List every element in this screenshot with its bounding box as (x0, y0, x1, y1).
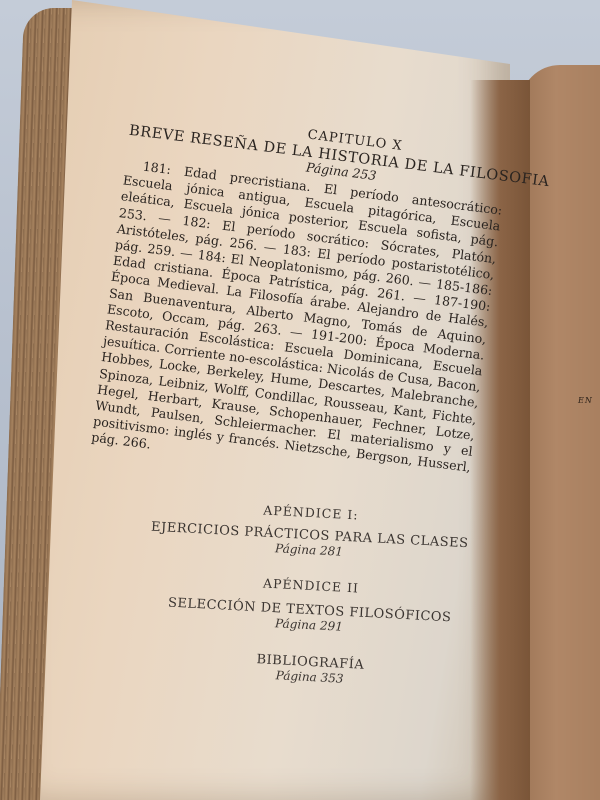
chapter-block: CAPITULO X BREVE RESEÑA DE LA HISTORIA D… (108, 108, 502, 491)
chapter-summary: 181: Edad precristiana. El período antes… (90, 156, 503, 492)
right-page-fragment: EN (578, 396, 593, 405)
